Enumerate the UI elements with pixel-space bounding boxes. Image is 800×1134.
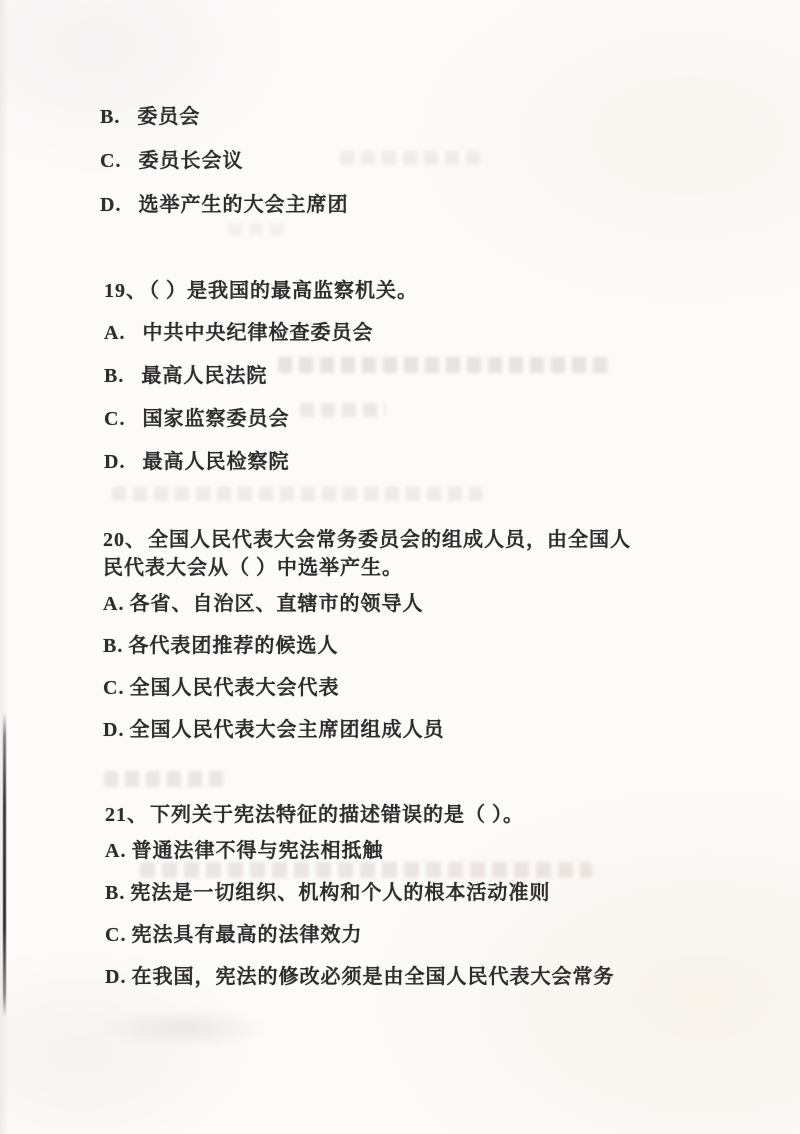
- option-text: 最高人民检察院: [142, 451, 289, 473]
- option-row: D.全国人民代表大会主席团组成人员: [103, 719, 643, 741]
- scanned-exam-page: B.委员会 C.委员长会议 D.选举产生的大会主席团 19、（ ）是我国的最高监…: [0, 0, 800, 1134]
- option-letter: B.: [100, 106, 120, 128]
- option-text: 选举产生的大会主席团: [138, 194, 348, 216]
- option-text: 全国人民代表大会主席团组成人员: [129, 719, 444, 741]
- option-letter: C.: [103, 677, 124, 699]
- bleedthrough-smudge: [340, 151, 480, 165]
- option-text: 最高人民法院: [141, 365, 267, 387]
- option-letter: C.: [105, 924, 126, 946]
- question-stem: 19、（ ）是我国的最高监察机关。: [104, 277, 418, 305]
- bleedthrough-smudge: [140, 862, 592, 878]
- option-text: 普通法律不得与宪法相抵触: [131, 840, 383, 862]
- option-text: 各省、自治区、直辖市的领导人: [129, 593, 423, 615]
- option-text: 国家监察委员会: [142, 408, 289, 430]
- option-letter: A.: [103, 593, 124, 615]
- bleedthrough-smudge: [300, 403, 386, 417]
- option-row: C.全国人民代表大会代表: [103, 677, 643, 699]
- option-row: B.各代表团推荐的候选人: [103, 635, 643, 657]
- option-letter: D.: [100, 194, 121, 216]
- option-row: D.选举产生的大会主席团: [100, 194, 348, 216]
- option-letter: B.: [103, 635, 123, 657]
- question-19: 19、（ ）是我国的最高监察机关。 A.中共中央纪律检查委员会 B.最高人民法院…: [104, 277, 418, 494]
- option-text: 委员长会议: [138, 150, 243, 172]
- question-number: 21、: [105, 804, 148, 826]
- option-text: 中共中央纪律检查委员会: [142, 322, 373, 344]
- option-text: 在我国，宪法的修改必须是由全国人民代表大会常务: [131, 966, 614, 988]
- scan-edge-line-artifact: [3, 712, 6, 1017]
- bleedthrough-smudge: [228, 223, 288, 235]
- option-row: B.宪法是一切组织、机构和个人的根本活动准则: [105, 882, 614, 904]
- question-20: 20、全国人民代表大会常务委员会的组成人员，由全国人民代表大会从（ ）中选举产生…: [103, 526, 643, 761]
- option-text: 全国人民代表大会代表: [129, 677, 339, 699]
- option-letter: B.: [105, 882, 125, 904]
- option-letter: D.: [103, 719, 124, 741]
- options-list: A.各省、自治区、直辖市的领导人 B.各代表团推荐的候选人 C.全国人民代表大会…: [103, 593, 643, 741]
- option-text: 宪法是一切组织、机构和个人的根本活动准则: [130, 882, 550, 904]
- option-letter: A.: [104, 322, 125, 344]
- question-stem: 20、全国人民代表大会常务委员会的组成人员，由全国人民代表大会从（ ）中选举产生…: [103, 526, 643, 582]
- options-list: A.中共中央纪律检查委员会 B.最高人民法院 C.国家监察委员会 D.最高人民检…: [104, 322, 418, 473]
- option-row: B.委员会: [100, 106, 348, 128]
- option-row: D.最高人民检察院: [104, 451, 418, 473]
- orphan-options-block: B.委员会 C.委员长会议 D.选举产生的大会主席团: [100, 106, 348, 238]
- option-letter: C.: [104, 408, 125, 430]
- option-row: C.委员长会议: [100, 150, 348, 172]
- option-letter: A.: [105, 840, 126, 862]
- option-letter: B.: [104, 365, 124, 387]
- option-row: A.各省、自治区、直辖市的领导人: [103, 593, 643, 615]
- option-row: C.宪法具有最高的法律效力: [105, 924, 614, 946]
- option-row: A.普通法律不得与宪法相抵触: [105, 840, 614, 862]
- option-letter: C.: [100, 150, 121, 172]
- question-21: 21、下列关于宪法特征的描述错误的是（ ）。 A.普通法律不得与宪法相抵触 B.…: [105, 801, 614, 1008]
- option-letter: D.: [104, 451, 125, 473]
- option-row: A.中共中央纪律检查委员会: [104, 322, 418, 344]
- option-text: 各代表团推荐的候选人: [128, 635, 338, 657]
- question-number: 20、: [103, 529, 146, 551]
- option-letter: D.: [105, 966, 126, 988]
- option-row: D.在我国，宪法的修改必须是由全国人民代表大会常务: [105, 966, 614, 988]
- option-text: 委员会: [137, 106, 200, 128]
- bleedthrough-smudge: [104, 771, 226, 787]
- bleedthrough-smudge: [112, 487, 482, 501]
- bleedthrough-smudge: [95, 1008, 270, 1048]
- question-stem: 21、下列关于宪法特征的描述错误的是（ ）。: [105, 801, 614, 829]
- bleedthrough-smudge: [278, 357, 610, 373]
- question-number: 19、: [104, 280, 147, 302]
- option-text: 宪法具有最高的法律效力: [131, 924, 362, 946]
